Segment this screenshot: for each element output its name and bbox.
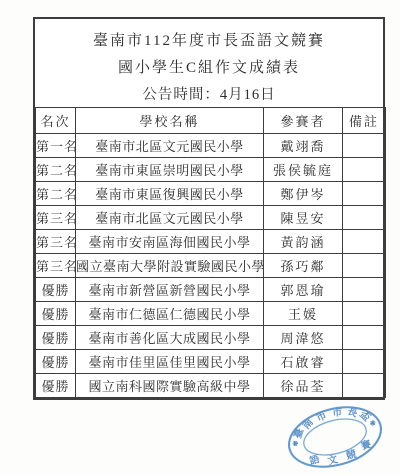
participant-cell: 郭恩瑜 (264, 278, 343, 302)
participant-cell: 鄭伊岑 (264, 182, 343, 206)
rank-cell: 優勝 (36, 350, 76, 374)
rank-cell: 優勝 (36, 278, 76, 302)
table-header-row: 名次 學校名稱 參賽者 備註 (36, 108, 386, 134)
school-cell: 臺南市北區文元國民小學 (76, 134, 264, 158)
rank-cell: 第二名 (36, 158, 76, 182)
col-header-school: 學校名稱 (76, 108, 264, 134)
participant-cell: 黃韵涵 (264, 230, 343, 254)
doc-subtitle: 國小學生C組作文成績表 (35, 55, 383, 82)
col-header-rank: 名次 (36, 108, 76, 134)
rank-cell: 優勝 (36, 374, 76, 398)
results-document: 臺南市112年度市長盃語文競賽 國小學生C組作文成績表 公告時間：4月16日 名… (33, 17, 385, 400)
rank-cell: 優勝 (36, 326, 76, 350)
note-cell (343, 278, 386, 302)
note-cell (343, 302, 386, 326)
seal-char: 競 (345, 447, 358, 462)
school-cell: 國立南科國際實驗高級中學 (76, 374, 264, 398)
school-cell: 臺南市仁德區仁德國民小學 (76, 302, 264, 326)
rank-cell: 第三名 (36, 254, 76, 278)
note-cell (343, 350, 386, 374)
note-cell (343, 374, 386, 398)
participant-cell: 徐品荃 (264, 374, 343, 398)
school-cell: 國立臺南大學附設實驗國民小學 (76, 254, 264, 278)
rank-cell: 第二名 (36, 182, 76, 206)
participant-cell: 孫巧鄰 (264, 254, 343, 278)
note-cell (343, 158, 386, 182)
note-cell (343, 230, 386, 254)
table-row: 優勝 臺南市佳里區佳里國民小學 石啟睿 (36, 350, 386, 374)
doc-title: 臺南市112年度市長盃語文競賽 (35, 28, 383, 55)
table-row: 第三名 臺南市北區文元國民小學 陳昱安 (36, 206, 386, 230)
rank-cell: 第三名 (36, 230, 76, 254)
participant-cell: 周湋悠 (264, 326, 343, 350)
seal-char: 臺 (291, 427, 306, 441)
rank-cell: 第三名 (36, 206, 76, 230)
school-cell: 臺南市東區復興國民小學 (76, 182, 264, 206)
table-row: 第三名 臺南市安南區海佃國民小學 黃韵涵 (36, 230, 386, 254)
table-row: 優勝 臺南市新營區新營國民小學 郭恩瑜 (36, 278, 386, 302)
announce-time: 公告時間：4月16日 (35, 82, 383, 109)
participant-cell: 戴翊喬 (264, 134, 343, 158)
school-cell: 臺南市善化區大成國民小學 (76, 326, 264, 350)
school-cell: 臺南市安南區海佃國民小學 (76, 230, 264, 254)
table-row: 優勝 臺南市善化區大成國民小學 周湋悠 (36, 326, 386, 350)
school-cell: 臺南市北區文元國民小學 (76, 206, 264, 230)
table-row: 優勝 臺南市仁德區仁德國民小學 王媛 (36, 302, 386, 326)
note-cell (343, 182, 386, 206)
table-row: 第三名 國立臺南大學附設實驗國民小學 孫巧鄰 (36, 254, 386, 278)
table-row: 優勝 國立南科國際實驗高級中學 徐品荃 (36, 374, 386, 398)
table-row: 第二名 臺南市東區崇明國民小學 張侯毓庭 (36, 158, 386, 182)
participant-cell: 陳昱安 (264, 206, 343, 230)
table-row: 第二名 臺南市東區復興國民小學 鄭伊岑 (36, 182, 386, 206)
participant-cell: 張侯毓庭 (264, 158, 343, 182)
document-header: 臺南市112年度市長盃語文競賽 國小學生C組作文成績表 公告時間：4月16日 (35, 19, 383, 107)
official-seal-stamp: ✾ 臺 南 市 市 長 盃 ✾ 語 文 競 賽 (274, 396, 396, 475)
school-cell: 臺南市新營區新營國民小學 (76, 278, 264, 302)
school-cell: 臺南市佳里區佳里國民小學 (76, 350, 264, 374)
col-header-note: 備註 (343, 108, 386, 134)
seal-char: 市 (332, 405, 343, 419)
school-cell: 臺南市東區崇明國民小學 (76, 158, 264, 182)
participant-cell: 石啟睿 (264, 350, 343, 374)
participant-cell: 王媛 (264, 302, 343, 326)
note-cell (343, 326, 386, 350)
col-header-participant: 參賽者 (264, 108, 343, 134)
note-cell (343, 254, 386, 278)
rank-cell: 第一名 (36, 134, 76, 158)
seal-flower-icon: ✾ (292, 440, 300, 447)
note-cell (343, 206, 386, 230)
rank-cell: 優勝 (36, 302, 76, 326)
seal-flower-icon: ✾ (367, 419, 377, 428)
seal-char: 賽 (359, 437, 373, 452)
table-row: 第一名 臺南市北區文元國民小學 戴翊喬 (36, 134, 386, 158)
results-table: 名次 學校名稱 參賽者 備註 第一名 臺南市北區文元國民小學 戴翊喬 第二名 臺… (35, 107, 386, 398)
note-cell (343, 134, 386, 158)
